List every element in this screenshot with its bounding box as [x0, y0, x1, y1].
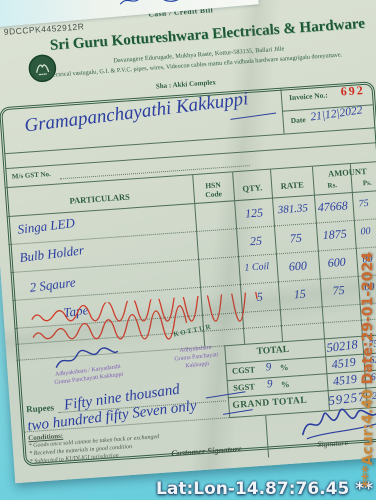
item-qty: 1 Coil — [236, 260, 277, 274]
pen-scribble-icon — [117, 0, 208, 8]
percent-sign: % — [280, 362, 289, 373]
cgst-rs: 4519 — [331, 355, 357, 373]
col-hsn: HSN Code — [193, 179, 234, 200]
col-qty: QTY. — [233, 182, 272, 195]
item-amount-rs: 47668 — [312, 198, 353, 216]
invoice-number: 692 — [340, 83, 365, 100]
item-particulars: Bulb Holder — [19, 242, 85, 266]
gps-latlon-overlay: Lat:Lon-14.87:76.45 ** — [156, 479, 373, 499]
seller-signature-label: Signature — [317, 438, 348, 449]
item-amount-ps: 00 — [360, 226, 371, 238]
col-particulars: PARTICULARS — [6, 187, 194, 210]
gps-accuracy-date-overlay: ***Acur:4.40 Date:29-01-2024 — [360, 252, 376, 487]
item-qty: 125 — [235, 205, 274, 223]
cgst-label: CGST — [232, 364, 256, 376]
item-particulars: 2 Sqaure — [29, 274, 77, 296]
col-amount: AMOUNT — [312, 165, 376, 180]
item-amount-rs: 600 — [316, 254, 357, 272]
col-rate: RATE — [271, 179, 314, 192]
gps-date-text: Date:29-01-2024 — [360, 252, 376, 384]
date-label: Date — [290, 115, 306, 125]
sgst-pct-handwriting: 9 — [267, 378, 273, 390]
col-rs: Rs. — [313, 180, 351, 191]
rupees-label: Rupees — [26, 402, 55, 414]
gps-accuracy-text: ***Acur:4.40 — [360, 384, 376, 487]
item-particulars: Singa LED — [17, 215, 76, 238]
sgst-rs: 4519 — [332, 372, 358, 390]
item-rate: 600 — [276, 258, 319, 276]
total-rs: 50218 — [326, 337, 359, 356]
item-rate: 15 — [278, 285, 321, 303]
item-amount-rs: 1875 — [314, 226, 355, 244]
cgst-pct-handwriting: 9 — [265, 361, 271, 373]
invoice-paper: || Sri Guru Kottureshwara Prasanna || Ca… — [0, 0, 376, 483]
item-rate: 75 — [274, 230, 317, 248]
item-amount-rs: 75 — [318, 282, 359, 300]
item-amount-ps: 75 — [358, 198, 369, 210]
percent-sign: % — [281, 379, 290, 390]
item-qty: 25 — [237, 233, 276, 251]
invoice-photo: || Sri Guru Kottureshwara Prasanna || Ca… — [0, 0, 376, 500]
col-ps: Ps. — [351, 178, 376, 188]
item-rate: 381.35 — [270, 202, 315, 217]
total-label: TOTAL — [256, 345, 289, 357]
